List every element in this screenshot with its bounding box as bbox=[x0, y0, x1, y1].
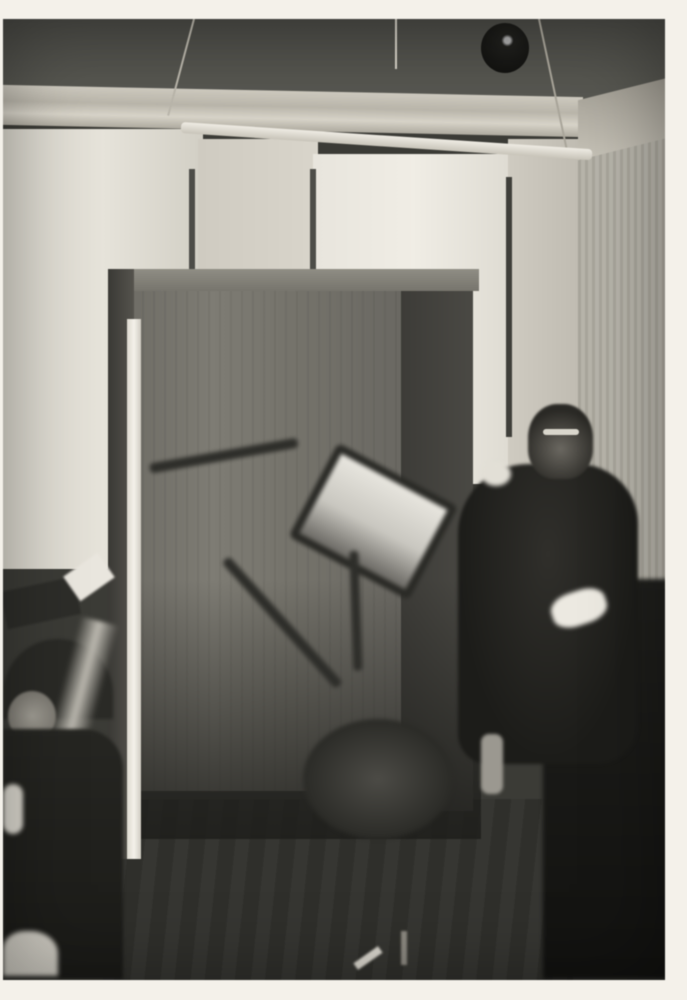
photograph bbox=[3, 19, 665, 980]
vignette bbox=[3, 19, 665, 980]
